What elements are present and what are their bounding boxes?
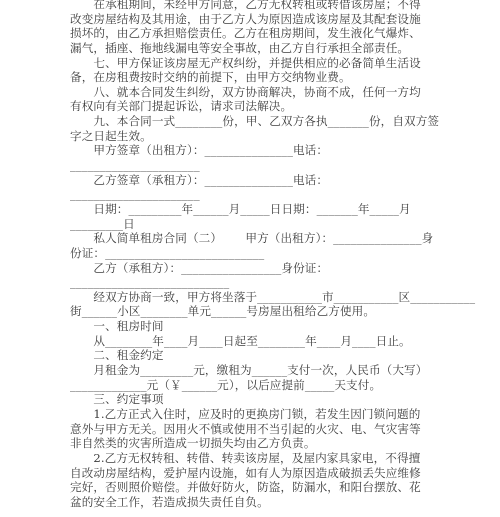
document-line: 三、约定事项 (70, 392, 500, 407)
document-line: 八、就本合同发生纠纷，双方协商解决，协商不成，任何一方均 (70, 85, 500, 100)
document-line: 自改动房屋结构，爱护屋内设施，如有人为原因造成破损丢失应维修 (70, 466, 500, 481)
document-line: 一、租房时间 (70, 319, 500, 334)
document-line: 完好，否则照价赔偿。并做好防火，防盗，防漏水，和阳台摆放、花 (70, 480, 500, 495)
document-line: ______________________ (70, 158, 500, 173)
document-page: 在承租期间，未经甲方同意，乙方无权转租或转借该房屋；不得改变房屋结构及其用途，由… (0, 0, 500, 517)
document-line: 2.乙方无权转租、转借、转卖该房屋，及屋内家具家电，不得擅 (70, 451, 500, 466)
document-line: 有权向有关部门提起诉讼，请求司法解决。 (70, 99, 500, 114)
document-line: _________日 (70, 217, 500, 232)
document-line: _____________元（￥______元），以后应提前_____天支付。 (70, 378, 500, 393)
document-line: 甲方签章（出租方）：_______________电话： (70, 143, 500, 158)
document-line: 九、本合同一式________份，甲、乙双方各执_______份，自双方签 (70, 114, 500, 129)
contract-text: 在承租期间，未经甲方同意，乙方无权转租或转借该房屋；不得改变房屋结构及其用途，由… (70, 0, 500, 509)
document-line: 漏气，插座、拖地线漏电等安全事故，由乙方自行承担全部责任。 (70, 41, 500, 56)
document-line: 乙方签章（承租方）：_______________电话： (70, 173, 500, 188)
document-line: 备，在房租费按时交纳的前提下，由甲方交纳物业费。 (70, 70, 500, 85)
document-line: 意外与甲方无关。因用火不慎或使用不当引起的火灾、电、气灾害等 (70, 422, 500, 437)
document-line: 二、租金约定 (70, 348, 500, 363)
document-line: 非自然类的灾害所造成一切损失均由乙方负责。 (70, 436, 500, 451)
document-line: ______________________ (70, 187, 500, 202)
document-line: 损坏的，由乙方承担赔偿责任。乙方在租房期间，发生液化气爆炸、 (70, 26, 500, 41)
document-line: 改变房屋结构及其用途，由于乙方人为原因造成该房屋及其配套设施 (70, 12, 500, 27)
document-line: 月租金为_________元，缴租为______支付一次，人民币（大写） (70, 363, 500, 378)
document-line: 盆的安全工作，若造成损失责任自负。 (70, 495, 500, 510)
document-line: 乙方（承租方）：_________________身份证： (70, 261, 500, 276)
document-line: ___________________________ (70, 275, 500, 290)
document-line: 街______小区________单元______号房屋出租给乙方使用。 (70, 304, 500, 319)
document-line: 字之日起生效。 (70, 129, 500, 144)
document-line: 七、甲方保证该房屋无产权纠纷，并提供相应的必备简单生活设 (70, 56, 500, 71)
document-line: 日期：_________年______月_____日日期：_______年___… (70, 202, 500, 217)
document-line: 从________年____月____日起至________年____月____… (70, 334, 500, 349)
document-line: 份证：___________________________ (70, 246, 500, 261)
document-line: 1.乙方正式入住时，应及时的更换房门锁，若发生因门锁问题的 (70, 407, 500, 422)
document-line: 在承租期间，未经甲方同意，乙方无权转租或转借该房屋；不得 (70, 0, 500, 12)
document-line: 经双方协商一致，甲方将坐落于___________市___________区__… (70, 290, 500, 305)
contract-title-line: 私人简单租房合同（二） 甲方（出租方）：_______________身 (70, 231, 500, 246)
